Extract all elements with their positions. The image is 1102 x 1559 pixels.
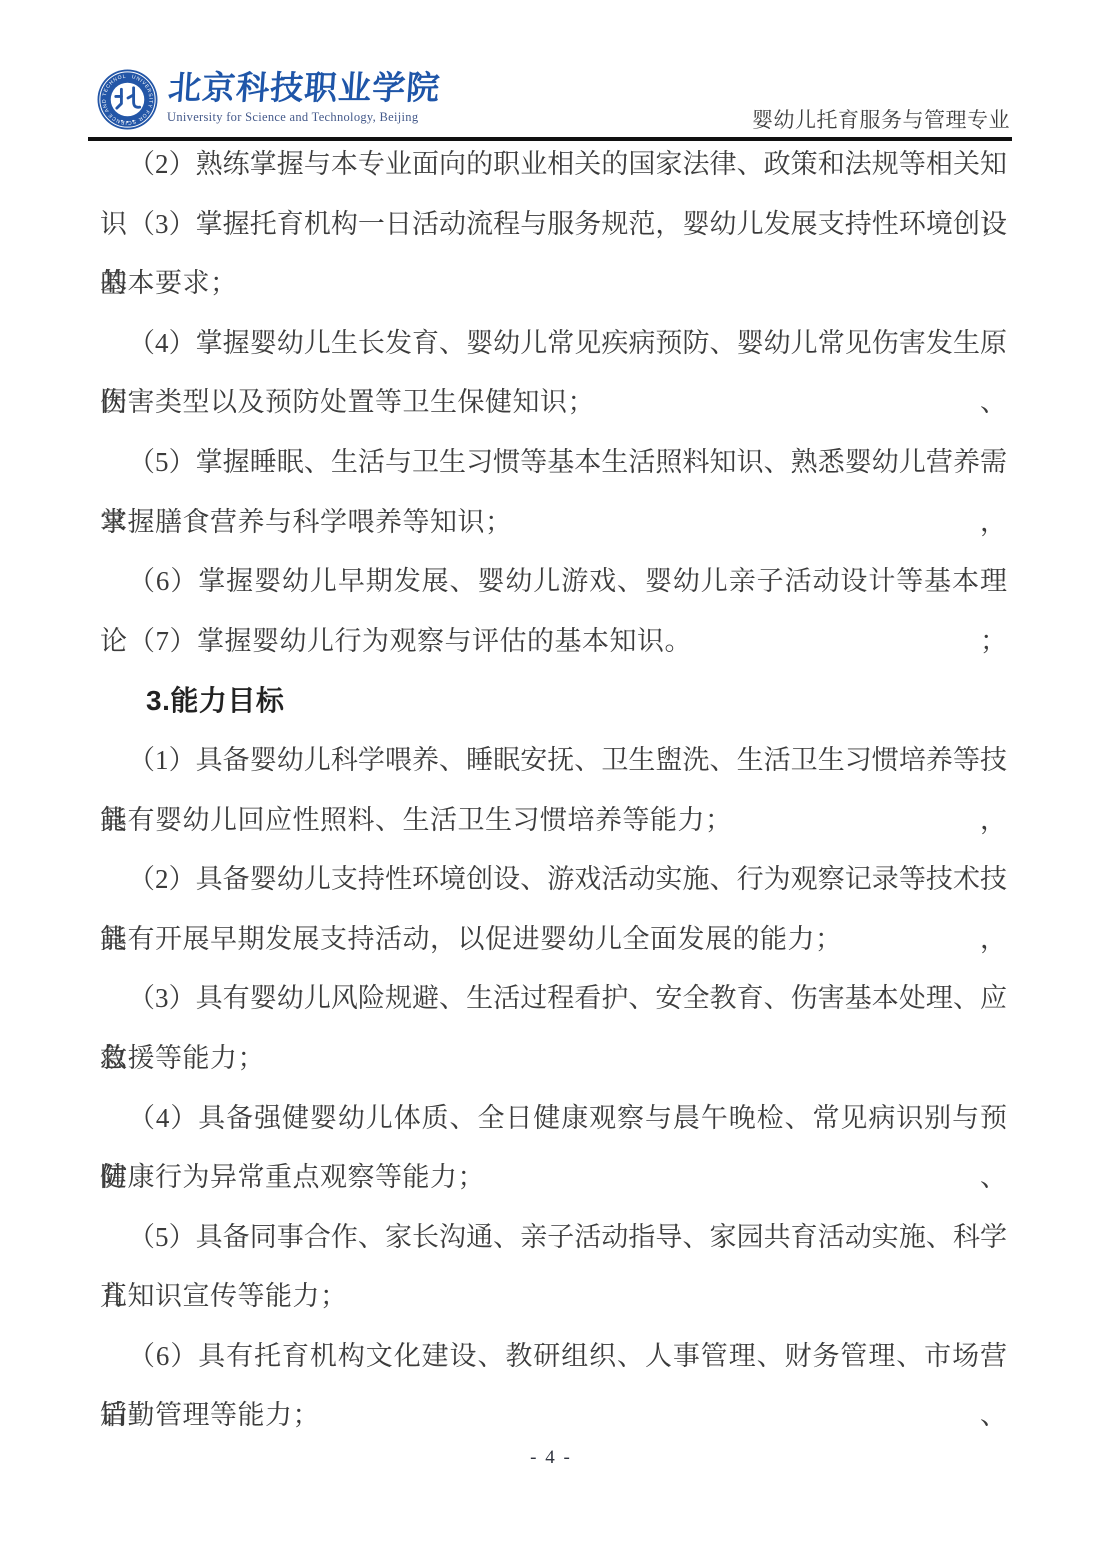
page-footer: - 4 -: [0, 1447, 1102, 1469]
body-line: （5）掌握睡眠、生活与卫生习惯等基本生活照料知识、熟悉婴幼儿营养需求，: [100, 433, 1007, 493]
major-title-label: 婴幼儿托育服务与管理专业: [752, 104, 1010, 134]
university-name-cn: 北京科技职业学院: [167, 71, 442, 107]
body-line: （3）具有婴幼儿风险规避、生活过程看护、安全教育、伤害基本处理、应急: [100, 969, 1007, 1029]
section-heading: 3.能力目标: [100, 671, 1007, 731]
body-line: 基本要求；: [100, 254, 1007, 314]
document-body: （2）熟练掌握与本专业面向的职业相关的国家法律、政策和法规等相关知识；（3）掌握…: [100, 135, 1007, 1446]
university-name-en: University for Science and Technology, B…: [167, 110, 439, 125]
page-number: - 4 -: [530, 1447, 572, 1468]
body-line: 救援等能力；: [100, 1029, 1007, 1089]
body-line: （6）掌握婴幼儿早期发展、婴幼儿游戏、婴幼儿亲子活动设计等基本理论；: [100, 552, 1007, 612]
body-line: （3）掌握托育机构一日活动流程与服务规范，婴幼儿发展支持性环境创设的: [100, 195, 1007, 255]
body-line: （2）具备婴幼儿支持性环境创设、游戏活动实施、行为观察记录等技术技能，: [100, 850, 1007, 910]
body-line: （4）具备强健婴幼儿体质、全日健康观察与晨午晚检、常见病识别与预防、: [100, 1089, 1007, 1149]
university-seal-icon: UNIVERSITY FOR SCIENCE AND TECHNOLOGY BE…: [97, 69, 158, 130]
body-line: 儿知识宣传等能力；: [100, 1267, 1007, 1327]
body-line: （2）熟练掌握与本专业面向的职业相关的国家法律、政策和法规等相关知识；: [100, 135, 1007, 195]
body-line: （4）掌握婴幼儿生长发育、婴幼儿常见疾病预防、婴幼儿常见伤害发生原因、: [100, 314, 1007, 374]
logo-text: 北京科技职业学院 University for Science and Tech…: [167, 69, 439, 125]
body-line: （1）具备婴幼儿科学喂养、睡眠安抚、卫生盥洗、生活卫生习惯培养等技能，: [100, 731, 1007, 791]
document-page: UNIVERSITY FOR SCIENCE AND TECHNOLOGY BE…: [0, 0, 1102, 1559]
body-line: （5）具备同事合作、家长沟通、亲子活动指导、家园共育活动实施、科学育: [100, 1208, 1007, 1268]
body-line: （6）具有托育机构文化建设、教研组织、人事管理、财务管理、市场营销、: [100, 1327, 1007, 1387]
university-logo: UNIVERSITY FOR SCIENCE AND TECHNOLOGY BE…: [97, 69, 439, 130]
